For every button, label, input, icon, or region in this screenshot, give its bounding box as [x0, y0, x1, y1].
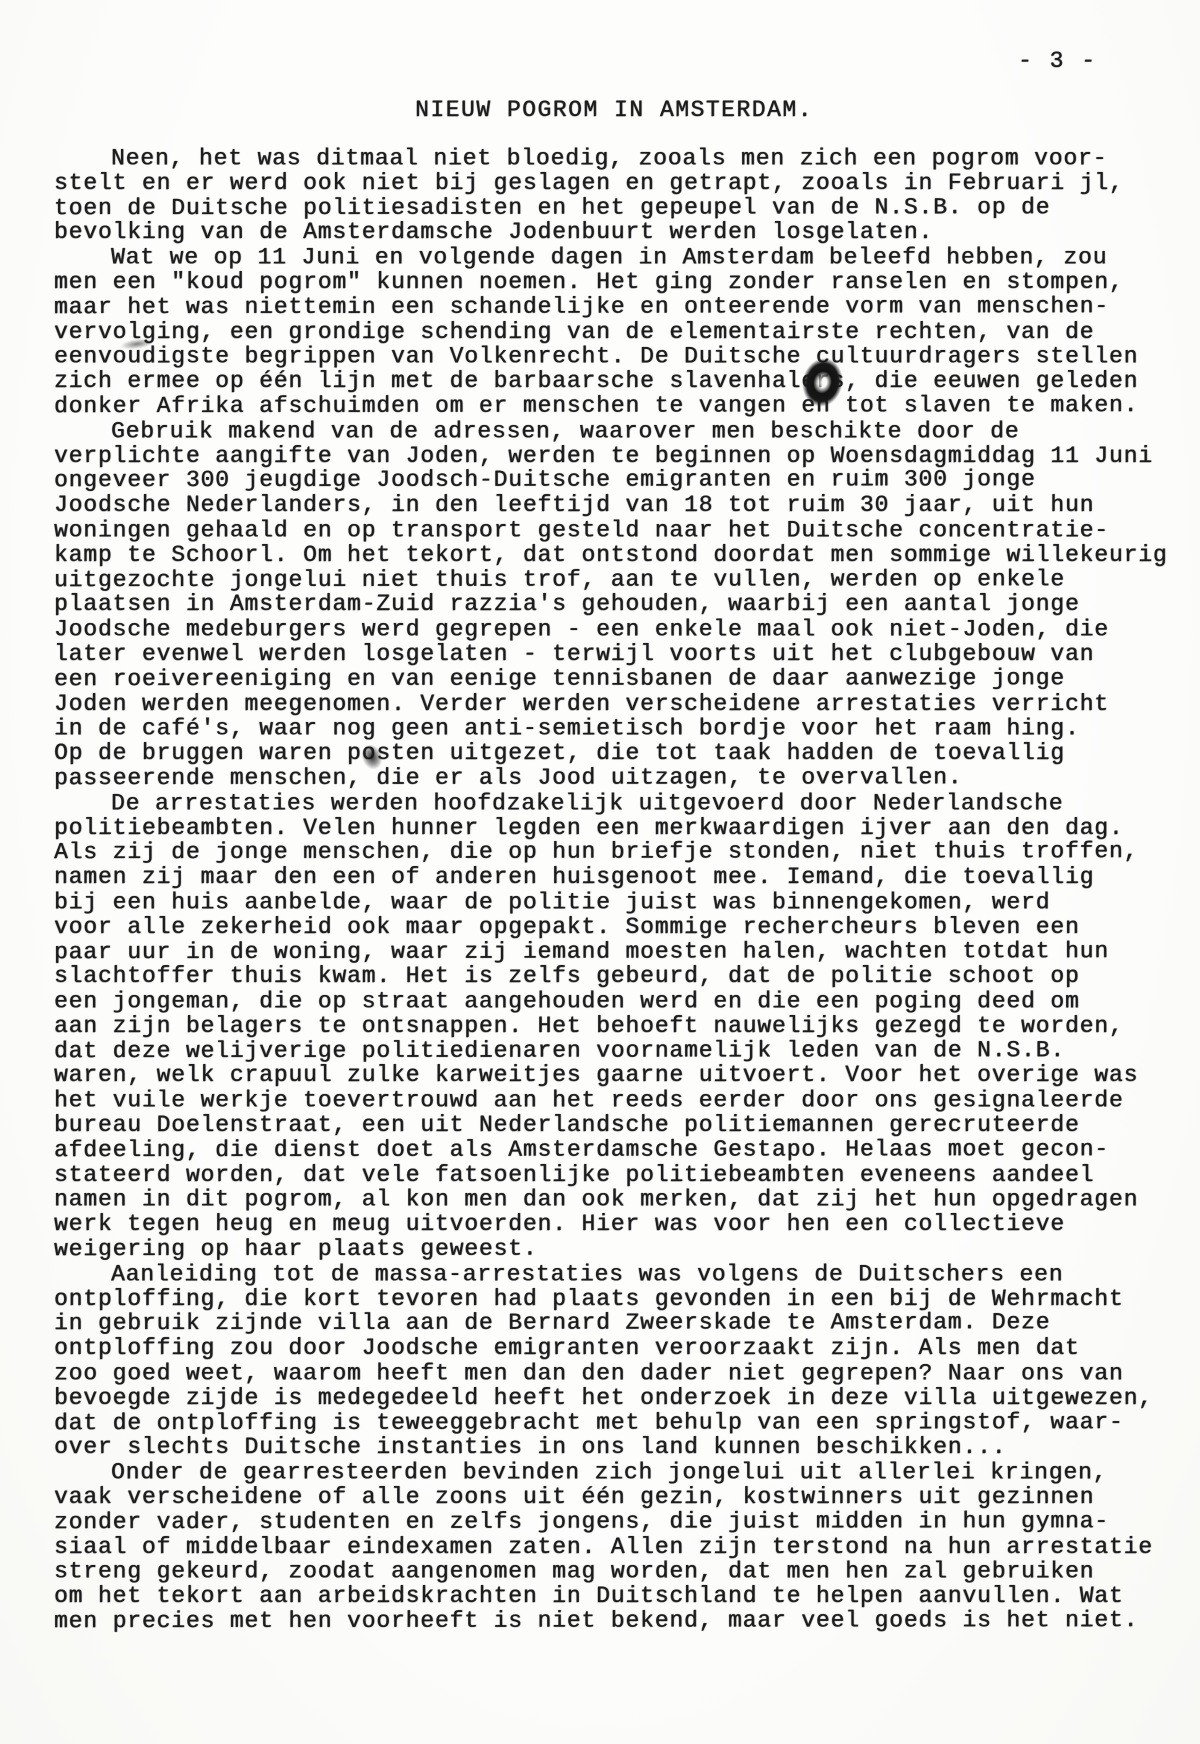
text-line: dat deze welijverige politiedienaren voo… — [54, 1038, 1178, 1064]
text-line: passeerende menschen, die er als Jood ui… — [54, 765, 1178, 791]
document-body: Neen, het was ditmaal niet bloedig, zooa… — [54, 146, 1178, 1634]
paragraph: Gebruik makend van de adressen, waarover… — [54, 419, 1178, 791]
text-line: ongeveer 300 jeugdige Joodsch-Duitsche e… — [54, 467, 1178, 493]
text-line: men een "koud pogrom" kunnen noemen. Het… — [54, 270, 1178, 295]
text-line: kamp te Schoorl. Om het tekort, dat onts… — [54, 543, 1178, 568]
text-line: Neen, het was ditmaal niet bloedig, zooa… — [54, 146, 1178, 171]
text-line: vervolging, een grondige schending van d… — [54, 320, 1178, 345]
document-page: - 3 - NIEUW POGROM IN AMSTERDAM. Neen, h… — [0, 0, 1200, 1744]
paragraph: Wat we op 11 Juni en volgende dagen in A… — [54, 245, 1178, 419]
text-line: Aanleiding tot de massa-arrestaties was … — [54, 1262, 1178, 1287]
text-line: zonder vader, studenten en zelfs jongens… — [54, 1509, 1178, 1535]
text-line: Joodsche medeburgers werd gegrepen - een… — [54, 618, 1178, 643]
text-line: werk tegen heug en meug uitvoerden. Hier… — [54, 1212, 1178, 1237]
text-line: woningen gehaald en op transport gesteld… — [54, 518, 1178, 543]
text-line: dat de ontploffing is teweeggebracht met… — [54, 1410, 1178, 1436]
text-line: in de café's, waar nog geen anti-semieti… — [54, 717, 1178, 742]
text-line: afdeeling, die dienst doet als Amsterdam… — [54, 1137, 1178, 1163]
text-line: aan zijn belagers te ontsnappen. Het beh… — [54, 1014, 1178, 1039]
text-line: Wat we op 11 Juni en volgende dagen in A… — [54, 246, 1178, 271]
text-line: het vuile werkje toevertrouwd aan het re… — [54, 1089, 1178, 1114]
text-line: maar het was niettemin een schandelijke … — [54, 294, 1178, 320]
text-line: zoo goed weet, waarom heeft men dan den … — [54, 1361, 1178, 1386]
text-line: waren, welk crapuul zulke karweitjes gaa… — [54, 1063, 1178, 1088]
text-line: donker Afrika afschuimden om er menschen… — [54, 393, 1178, 419]
text-line: later evenwel werden losgelaten - terwij… — [54, 642, 1178, 667]
text-line: bevoegde zijde is medegedeeld heeft het … — [54, 1386, 1178, 1411]
text-line: een jongeman, die op straat aangehouden … — [54, 989, 1178, 1014]
text-line: bureau Doelenstraat, een uit Nederlandsc… — [54, 1113, 1178, 1138]
text-line: ontploffing zou door Joodsche emigranten… — [54, 1336, 1178, 1361]
paragraph: Aanleiding tot de massa-arrestaties was … — [54, 1262, 1178, 1460]
text-line: in gebruik zijnde villa aan de Bernard Z… — [54, 1311, 1178, 1337]
text-line: Joodsche Nederlanders, in den leeftijd v… — [54, 493, 1178, 518]
text-line: ontploffing, die kort tevoren had plaats… — [54, 1287, 1178, 1312]
text-line: bevolking van de Amsterdamsche Jodenbuur… — [54, 220, 1178, 245]
text-line: Joden werden meegenomen. Verder werden v… — [54, 692, 1178, 717]
text-line: Onder de gearresteerden bevinden zich jo… — [54, 1461, 1178, 1486]
text-line: eenvoudigste begrippen van Volkenrecht. … — [54, 345, 1178, 370]
page-number: - 3 - — [1018, 48, 1097, 74]
text-line: vaak verscheidene of alle zoons uit één … — [54, 1485, 1178, 1510]
text-line: bij een huis aanbelde, waar de politie j… — [54, 890, 1178, 915]
text-line: om het tekort aan arbeidskrachten in Dui… — [54, 1584, 1178, 1609]
text-line: plaatsen in Amsterdam-Zuid razzia's geho… — [54, 592, 1178, 617]
text-line: over slechts Duitsche instanties in ons … — [54, 1435, 1178, 1460]
text-line: Op de bruggen waren posten uitgezet, die… — [54, 741, 1178, 766]
text-line: toen de Duitsche politiesadisten en het … — [54, 195, 1178, 221]
text-line: uitgezochte jongelui niet thuis trof, aa… — [54, 567, 1178, 593]
text-line: zich ermee op één lijn met de barbaarsch… — [54, 369, 1178, 394]
paragraph: De arrestaties werden hoofdzakelijk uitg… — [54, 791, 1178, 1262]
text-line: voor alle zekerheid ook maar opgepakt. S… — [54, 915, 1178, 940]
text-line: namen in dit pogrom, al kon men dan ook … — [54, 1188, 1178, 1213]
text-line: streng gekeurd, zoodat aangenomen mag wo… — [54, 1560, 1178, 1585]
text-line: Gebruik makend van de adressen, waarover… — [54, 419, 1178, 444]
text-line: weigering op haar plaats geweest. — [54, 1236, 1178, 1262]
paragraph: Onder de gearresteerden bevinden zich jo… — [54, 1460, 1178, 1634]
text-line: paar uur in de woning, waar zij iemand m… — [54, 939, 1178, 965]
text-line: politiebeambten. Velen hunner legden een… — [54, 816, 1178, 841]
text-line: slachtoffer thuis kwam. Het is zelfs geb… — [54, 964, 1178, 989]
text-line: De arrestaties werden hoofdzakelijk uitg… — [54, 791, 1178, 816]
text-line: stelt en er werd ook niet bij geslagen e… — [54, 171, 1178, 196]
text-line: verplichte aangifte van Joden, werden te… — [54, 444, 1178, 469]
text-line: namen zij maar den een of anderen huisge… — [54, 865, 1178, 890]
text-line: stateerd worden, dat vele fatsoenlijke p… — [54, 1163, 1178, 1188]
text-line: een roeivereeniging en van eenige tennis… — [54, 666, 1178, 692]
document-title: NIEUW POGROM IN AMSTERDAM. — [54, 97, 1174, 123]
text-line: men precies met hen voorheeft is niet be… — [54, 1608, 1178, 1634]
text-line: siaal of middelbaar eindexamen zaten. Al… — [54, 1535, 1178, 1560]
text-line: Als zij de jonge menschen, die op hun br… — [54, 839, 1178, 865]
paragraph: Neen, het was ditmaal niet bloedig, zooa… — [54, 146, 1178, 245]
